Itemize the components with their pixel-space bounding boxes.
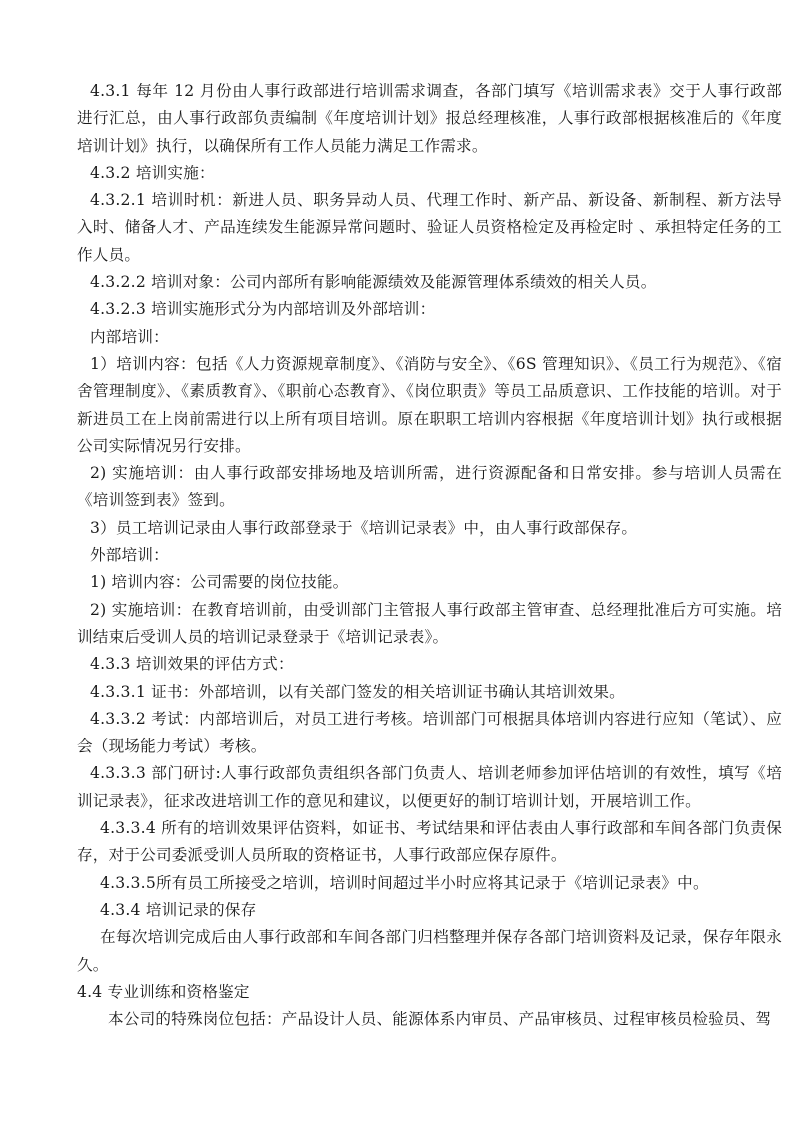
paragraph-internal-implementation: 2) 实施培训：由人事行政部安排场地及培训所需，进行资源配备和日常安排。参与培训…	[77, 460, 782, 515]
paragraph-internal-content: 1）培训内容：包括《人力资源规章制度》、《消防与安全》、《6S 管理知识》、《员…	[77, 351, 782, 460]
paragraph-external-implementation: 2) 实施培训：在教育培训前，由受训部门主管报人事行政部主管审查、总经理批准后方…	[77, 597, 782, 652]
heading-4-4: 4.4 专业训练和资格鉴定	[77, 979, 782, 1006]
paragraph-4-3-3-4: 4.3.3.4 所有的培训效果评估资料，如证书、考试结果和评估表由人事行政部和车…	[77, 815, 782, 870]
paragraph-4-3-3-3: 4.3.3.3 部门研讨:人事行政部负责组织各部门负责人、培训老师参加评估培训的…	[77, 760, 782, 815]
paragraph-4-3-2-3: 4.3.2.3 培训实施形式分为内部培训及外部培训：	[77, 296, 782, 323]
subheading-internal-training: 内部培训：	[77, 324, 782, 351]
paragraph-special-positions: 本公司的特殊岗位包括：产品设计人员、能源体系内审员、产品审核员、过程审核员检验员…	[77, 1006, 782, 1033]
paragraph-4-3-3-2: 4.3.3.2 考试：内部培训后，对员工进行考核。培训部门可根据具体培训内容进行…	[77, 706, 782, 761]
paragraph-record-keeping: 在每次培训完成后由人事行政部和车间各部门归档整理并保存各部门培训资料及记录，保存…	[77, 924, 782, 979]
paragraph-4-3-3-5: 4.3.3.5所有员工所接受之培训，培训时间超过半小时应将其记录于《培训记录表》…	[77, 870, 782, 897]
paragraph-internal-records: 3）员工培训记录由人事行政部登录于《培训记录表》中，由人事行政部保存。	[77, 515, 782, 542]
subheading-external-training: 外部培训：	[77, 542, 782, 569]
paragraph-4-3-1: 4.3.1 每年 12 月份由人事行政部进行培训需求调查，各部门填写《培训需求表…	[77, 78, 782, 160]
paragraph-4-3-2-2: 4.3.2.2 培训对象：公司内部所有影响能源绩效及能源管理体系绩效的相关人员。	[77, 269, 782, 296]
document-page: 4.3.1 每年 12 月份由人事行政部进行培训需求调查，各部门填写《培训需求表…	[77, 78, 782, 1033]
heading-4-3-3: 4.3.3 培训效果的评估方式：	[77, 651, 782, 678]
paragraph-external-content: 1) 培训内容：公司需要的岗位技能。	[77, 569, 782, 596]
paragraph-4-3-2-1: 4.3.2.1 培训时机：新进人员、职务异动人员、代理工作时、新产品、新设备、新…	[77, 187, 782, 269]
paragraph-4-3-3-1: 4.3.3.1 证书：外部培训，以有关部门签发的相关培训证书确认其培训效果。	[77, 679, 782, 706]
heading-4-3-4: 4.3.4 培训记录的保存	[77, 897, 782, 924]
heading-4-3-2: 4.3.2 培训实施：	[77, 160, 782, 187]
